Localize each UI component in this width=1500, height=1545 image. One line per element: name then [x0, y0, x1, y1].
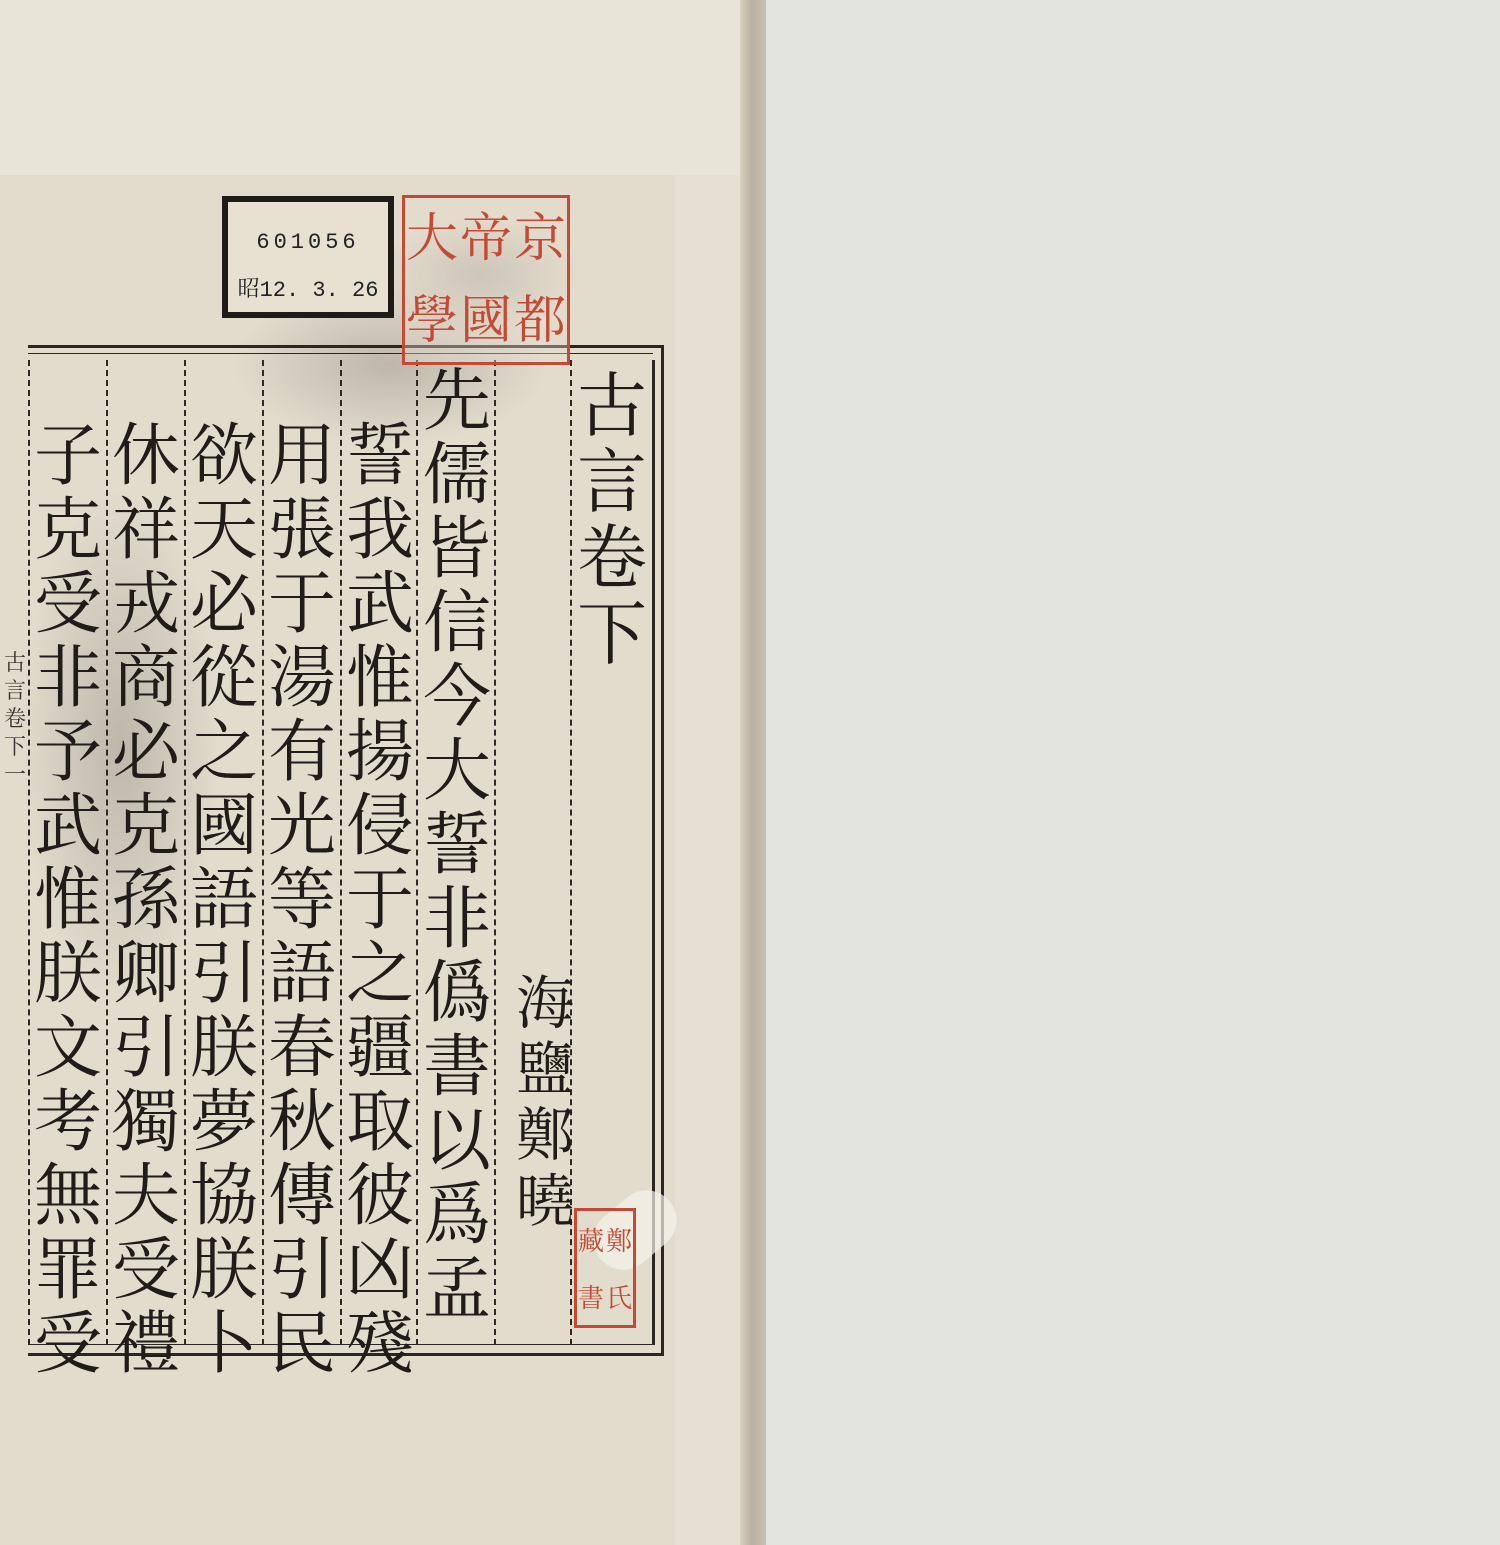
- text-char: 僞: [423, 957, 491, 1031]
- text-column-3: 用 張 于 湯 有 光 等 語 春 秋 傳 引 民: [262, 420, 342, 1382]
- text-char: 文: [34, 1012, 102, 1086]
- author-char: 海: [516, 970, 574, 1036]
- text-char: 誓: [346, 420, 414, 494]
- text-char: 誓: [423, 809, 491, 883]
- text-char: 殘: [346, 1308, 414, 1382]
- seal-char: 京: [514, 213, 566, 265]
- text-char: 協: [190, 1160, 258, 1234]
- text-char: 惟: [346, 642, 414, 716]
- accession-number: 601056: [228, 230, 388, 255]
- text-column-4: 欲 天 必 從 之 國 語 引 朕 夢 協 朕 卜: [184, 420, 264, 1382]
- text-char: 戎: [112, 568, 180, 642]
- text-char: 秋: [268, 1086, 336, 1160]
- text-char: 取: [346, 1086, 414, 1160]
- text-char: 禮: [112, 1308, 180, 1382]
- margin-char: 卷: [4, 706, 26, 734]
- text-char: 彼: [346, 1160, 414, 1234]
- text-char: 于: [346, 864, 414, 938]
- author-char: 曉: [516, 1168, 574, 1234]
- text-char: 罪: [34, 1234, 102, 1308]
- text-char: 卿: [112, 938, 180, 1012]
- title-char: 古: [577, 368, 647, 444]
- text-char: 考: [34, 1086, 102, 1160]
- text-char: 夢: [190, 1086, 258, 1160]
- text-char: 大: [423, 735, 491, 809]
- text-char: 卜: [190, 1308, 258, 1382]
- text-char: 信: [423, 587, 491, 661]
- margin-char: 言: [4, 678, 26, 706]
- margin-char: 下: [4, 734, 26, 762]
- accession-date: 昭12. 3. 26: [228, 272, 388, 303]
- text-char: 揚: [346, 716, 414, 790]
- text-char: 商: [112, 642, 180, 716]
- seal-char: 都: [514, 295, 566, 347]
- text-char: 祥: [112, 494, 180, 568]
- text-char: 之: [346, 938, 414, 1012]
- text-char: 朕: [190, 1012, 258, 1086]
- text-char: 必: [112, 716, 180, 790]
- text-char: 引: [268, 1234, 336, 1308]
- text-column-1: 先 儒 皆 信 今 大 誓 非 僞 書 以 爲 孟: [417, 365, 497, 1327]
- text-char: 有: [268, 716, 336, 790]
- author-char: 鹽: [516, 1036, 574, 1102]
- text-char: 武: [346, 568, 414, 642]
- text-char: 光: [268, 790, 336, 864]
- text-char: 用: [268, 420, 336, 494]
- author-line: 海 鹽 鄭 曉: [510, 970, 580, 1234]
- right-blank-leaf: [766, 0, 1500, 1545]
- text-char: 先: [423, 365, 491, 439]
- text-char: 之: [190, 716, 258, 790]
- author-char: 鄭: [516, 1102, 574, 1168]
- seal-char: 藏: [578, 1221, 604, 1258]
- fold-margin-label: 古 言 卷 下 一: [2, 650, 28, 790]
- text-char: 今: [423, 661, 491, 735]
- title-char: 言: [577, 444, 647, 520]
- text-char: 夫: [112, 1160, 180, 1234]
- collector-seal-icon: 藏 鄭 書 氏: [574, 1208, 636, 1328]
- text-char: 儒: [423, 439, 491, 513]
- text-char: 引: [112, 1012, 180, 1086]
- title-char: 卷: [577, 520, 647, 596]
- seal-char: 書: [578, 1278, 604, 1315]
- text-char: 疆: [346, 1012, 414, 1086]
- text-char: 國: [190, 790, 258, 864]
- text-column-2: 誓 我 武 惟 揚 侵 于 之 疆 取 彼 凶 殘: [340, 420, 420, 1382]
- text-char: 朕: [34, 938, 102, 1012]
- text-char: 我: [346, 494, 414, 568]
- text-char: 書: [423, 1031, 491, 1105]
- seal-char: 國: [460, 295, 512, 347]
- text-char: 從: [190, 642, 258, 716]
- left-leaf-top-margin: [0, 0, 752, 175]
- text-char: 朕: [190, 1234, 258, 1308]
- text-char: 無: [34, 1160, 102, 1234]
- text-char: 于: [268, 568, 336, 642]
- text-char: 欲: [190, 420, 258, 494]
- book-gutter: [740, 0, 768, 1545]
- text-char: 語: [268, 938, 336, 1012]
- text-column-5: 休 祥 戎 商 必 克 孫 卿 引 獨 夫 受 禮: [106, 420, 186, 1382]
- text-char: 皆: [423, 513, 491, 587]
- text-char: 必: [190, 568, 258, 642]
- text-char: 武: [34, 790, 102, 864]
- text-char: 天: [190, 494, 258, 568]
- text-char: 受: [34, 568, 102, 642]
- text-char: 子: [34, 420, 102, 494]
- text-char: 等: [268, 864, 336, 938]
- library-seal-icon: 大 帝 京 學 國 都: [402, 195, 570, 365]
- seal-char: 帝: [460, 213, 512, 265]
- text-char: 凶: [346, 1234, 414, 1308]
- text-char: 傳: [268, 1160, 336, 1234]
- text-char: 惟: [34, 864, 102, 938]
- text-column-6: 子 克 受 非 予 武 惟 朕 文 考 無 罪 受: [28, 420, 108, 1382]
- text-char: 孫: [112, 864, 180, 938]
- margin-char: 古: [4, 650, 26, 678]
- volume-title: 古 言 卷 下: [572, 368, 652, 672]
- text-char: 孟: [423, 1253, 491, 1327]
- text-char: 受: [112, 1234, 180, 1308]
- text-char: 克: [34, 494, 102, 568]
- library-accession-stamp: 601056 昭12. 3. 26: [222, 196, 394, 318]
- text-char: 克: [112, 790, 180, 864]
- text-char: 予: [34, 716, 102, 790]
- text-char: 受: [34, 1308, 102, 1382]
- seal-char: 鄭: [606, 1221, 632, 1258]
- text-char: 語: [190, 864, 258, 938]
- title-char: 下: [577, 596, 647, 672]
- seal-char: 學: [406, 295, 458, 347]
- text-char: 張: [268, 494, 336, 568]
- text-char: 非: [34, 642, 102, 716]
- text-char: 引: [190, 938, 258, 1012]
- text-char: 休: [112, 420, 180, 494]
- text-char: 非: [423, 883, 491, 957]
- seal-char: 大: [406, 213, 458, 265]
- text-char: 侵: [346, 790, 414, 864]
- text-char: 民: [268, 1308, 336, 1382]
- margin-char: 一: [4, 762, 26, 790]
- text-char: 湯: [268, 642, 336, 716]
- text-char: 爲: [423, 1179, 491, 1253]
- text-char: 春: [268, 1012, 336, 1086]
- text-char: 獨: [112, 1086, 180, 1160]
- seal-char: 氏: [606, 1278, 632, 1315]
- text-char: 以: [423, 1105, 491, 1179]
